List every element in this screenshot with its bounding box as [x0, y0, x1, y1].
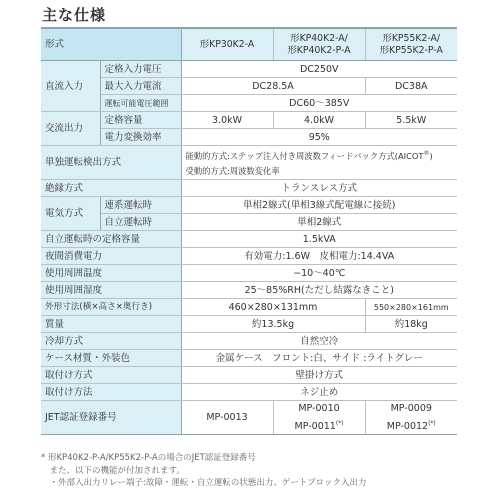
row-value: 単相2線式	[181, 214, 457, 231]
table-row: 絶縁方式 トランスレス方式	[41, 180, 457, 197]
row-label: 電力変換効率	[100, 129, 181, 146]
row-label: 取付け方式	[41, 367, 181, 384]
group-electrical: 電気方式	[41, 197, 100, 231]
row-label: 絶縁方式	[41, 180, 181, 197]
row-value: MP-0010MP-0011(*)	[273, 401, 365, 435]
row-label: 自立運転時の定格容量	[41, 231, 181, 248]
row-value: 金属ケース フロント:白、サイド :ライトグレー	[181, 350, 457, 367]
footnotes: * 形KP40K2-P-A/KP55K2-P-Aの場合のJET認証登録番号 また…	[41, 452, 366, 490]
row-value: 壁掛け方式	[181, 367, 457, 384]
row-value: DC250V	[181, 61, 457, 78]
spec-table: 形式 形KP30K2-A 形KP40K2-A/形KP40K2-P-A 形KP55…	[41, 27, 457, 435]
table-row: 冷却方式 自然空冷	[41, 333, 457, 350]
group-dc-input: 直流入力	[41, 61, 100, 112]
table-row: 自立運転時 単相2線式	[41, 214, 457, 231]
row-label: 自立運転時	[100, 214, 181, 231]
row-value: 3.0kW	[181, 112, 273, 129]
row-value: 4.0kW	[273, 112, 365, 129]
page-title: 主な仕様	[42, 4, 106, 25]
row-label: JET認証登録番号	[41, 401, 181, 435]
row-value: 自然空冷	[181, 333, 457, 350]
row-label: 質量	[41, 316, 181, 333]
row-value: 5.5kW	[365, 112, 457, 129]
table-row: 取付け方法 ネジ止め	[41, 384, 457, 401]
table-row: 自立運転時の定格容量 1.5kVA	[41, 231, 457, 248]
table-row: 質量 約13.5kg 約18kg	[41, 316, 457, 333]
row-label: 外形寸法(横×高さ×奥行き)	[41, 299, 181, 316]
footnote-line: また、以下の機能が付加されます。	[41, 465, 366, 478]
row-label: 運転可能電圧範囲	[100, 95, 181, 112]
footnote-line: * 形KP40K2-P-A/KP55K2-P-Aの場合のJET認証登録番号	[41, 452, 366, 465]
group-ac-output: 交流出力	[41, 112, 100, 146]
row-label: 夜間消費電力	[41, 248, 181, 265]
row-label: 取付け方法	[41, 384, 181, 401]
table-row: 夜間消費電力 有効電力:1.6W 皮相電力:14.4VA	[41, 248, 457, 265]
row-value: 約13.5kg	[181, 316, 365, 333]
table-row: 電力変換効率 95%	[41, 129, 457, 146]
table-row: 使用周囲温度 −10〜40℃	[41, 265, 457, 282]
row-value: 460×280×131mm	[181, 299, 365, 316]
table-row: ケース材質・外装色 金属ケース フロント:白、サイド :ライトグレー	[41, 350, 457, 367]
row-label: ケース材質・外装色	[41, 350, 181, 367]
row-label: 最大入力電流	[100, 78, 181, 95]
row-label: 使用周囲温度	[41, 265, 181, 282]
table-row: 交流出力 定格容量 3.0kW 4.0kW 5.5kW	[41, 112, 457, 129]
row-value: 有効電力:1.6W 皮相電力:14.4VA	[181, 248, 457, 265]
row-value: 25〜85%RH(ただし結露なきこと)	[181, 282, 457, 299]
row-value: MP-0013	[181, 401, 273, 435]
table-row: 使用周囲湿度 25〜85%RH(ただし結露なきこと)	[41, 282, 457, 299]
table-row: 電気方式 連系運転時 単相2線式(単相3線式配電線に接続)	[41, 197, 457, 214]
table-row: JET認証登録番号 MP-0013 MP-0010MP-0011(*) MP-0…	[41, 401, 457, 435]
table-row: 単独運転検出方式 能動的方式:ステップ注入付き周波数フィードバック方式(AICO…	[41, 146, 457, 180]
row-value: 単相2線式(単相3線式配電線に接続)	[181, 197, 457, 214]
row-value: DC28.5A	[181, 78, 365, 95]
table-row: 最大入力電流 DC28.5A DC38A	[41, 78, 457, 95]
header-label: 形式	[41, 28, 181, 61]
row-value: 95%	[181, 129, 457, 146]
model-kp30: 形KP30K2-A	[181, 28, 273, 61]
row-label: 定格入力電圧	[100, 61, 181, 78]
row-label: 定格容量	[100, 112, 181, 129]
row-value: トランスレス方式	[181, 180, 457, 197]
row-value: DC60〜385V	[181, 95, 457, 112]
row-value: MP-0009MP-0012(*)	[365, 401, 457, 435]
table-row: 直流入力 定格入力電圧 DC250V	[41, 61, 457, 78]
row-value: 550×280×161mm	[365, 299, 457, 316]
row-value: −10〜40℃	[181, 265, 457, 282]
footnote-line: ・外部入出力リレー端子:故障・運転・自立運転の状態出力、ゲートブロック入出力	[41, 477, 366, 490]
model-kp40: 形KP40K2-A/形KP40K2-P-A	[273, 28, 365, 61]
row-value: 1.5kVA	[181, 231, 457, 248]
row-label: 単独運転検出方式	[41, 146, 181, 180]
table-row: 運転可能電圧範囲 DC60〜385V	[41, 95, 457, 112]
row-value: DC38A	[365, 78, 457, 95]
table-row: 外形寸法(横×高さ×奥行き) 460×280×131mm 550×280×161…	[41, 299, 457, 316]
row-value: 能動的方式:ステップ注入付き周波数フィードバック方式(AICOT®)受動的方式:…	[181, 146, 457, 180]
row-value: ネジ止め	[181, 384, 457, 401]
model-kp55: 形KP55K2-A/形KP55K2-P-A	[365, 28, 457, 61]
table-row: 取付け方式 壁掛け方式	[41, 367, 457, 384]
row-label: 冷却方式	[41, 333, 181, 350]
row-value: 約18kg	[365, 316, 457, 333]
row-label: 使用周囲湿度	[41, 282, 181, 299]
table-header-row: 形式 形KP30K2-A 形KP40K2-A/形KP40K2-P-A 形KP55…	[41, 28, 457, 61]
row-label: 連系運転時	[100, 197, 181, 214]
